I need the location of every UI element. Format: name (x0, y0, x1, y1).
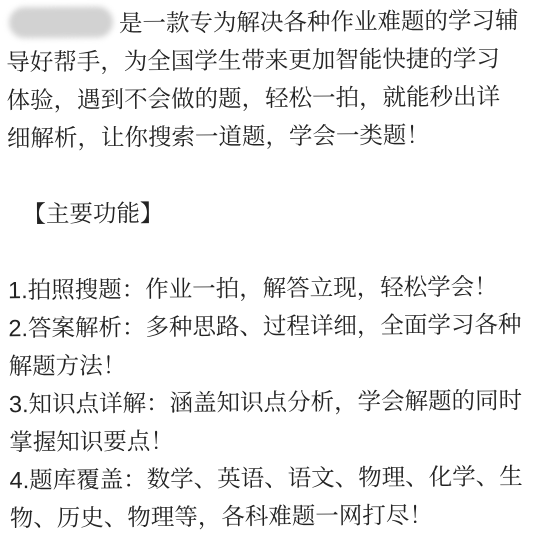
feature-line: 掌握知识要点！ (9, 419, 538, 461)
intro-line: 是一款专为解决各种作业难题的学习辅 (6, 1, 535, 43)
feature-line: 1.拍照搜题：作业一拍，解答立现，轻松学会！ (8, 267, 537, 309)
app-description-page: 是一款专为解决各种作业难题的学习辅 导好帮手，为全国学生带来更加智能快捷的学习 … (0, 0, 553, 537)
intro-paragraph: 是一款专为解决各种作业难题的学习辅 导好帮手，为全国学生带来更加智能快捷的学习 … (6, 1, 536, 157)
intro-line: 细解析，让你搜索一道题，学会一类题！ (7, 115, 536, 157)
feature-line: 解题方法！ (9, 343, 538, 385)
redacted-app-name-smudge (9, 6, 113, 38)
intro-line: 导好帮手，为全国学生带来更加智能快捷的学习 (6, 39, 535, 81)
intro-line-text: 是一款专为解决各种作业难题的学习辅 (119, 7, 519, 36)
section-header: 【主要功能】 (7, 191, 536, 233)
feature-line: 2.答案解析：多种思路、过程详细，全面学习各种 (8, 305, 537, 347)
feature-list: 1.拍照搜题：作业一拍，解答立现，轻松学会！ 2.答案解析：多种思路、过程详细，… (8, 267, 539, 537)
section-title: 【主要功能】 (7, 191, 536, 233)
feature-line: 物、历史、物理等，各科难题一网打尽！ (10, 495, 539, 537)
feature-line: 4.题库覆盖：数学、英语、语文、物理、化学、生 (9, 457, 538, 499)
intro-line: 体验，遇到不会做的题，轻松一拍，就能秒出详 (6, 77, 535, 119)
feature-line: 3.知识点详解：涵盖知识点分析，学会解题的同时 (9, 381, 538, 423)
